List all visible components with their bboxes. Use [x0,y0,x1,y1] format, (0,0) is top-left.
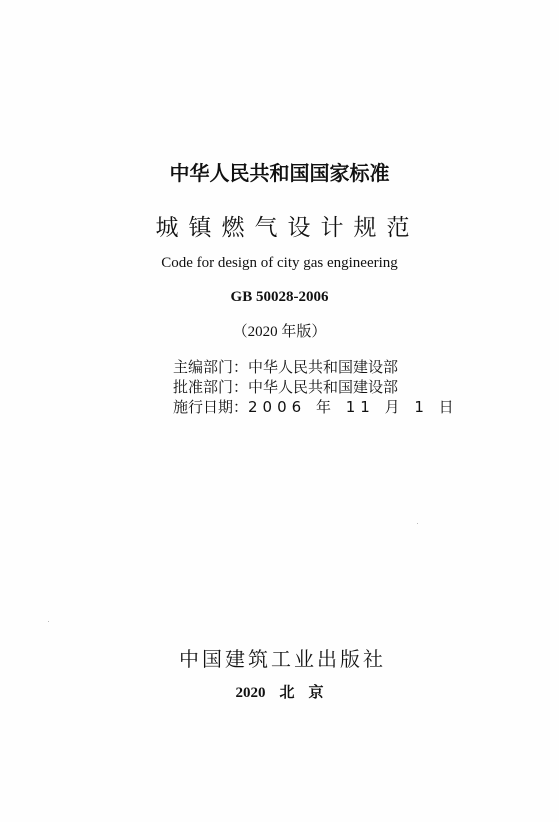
info-value: 中华人民共和国建设部 [248,378,398,396]
info-label: 施行日期： [173,398,248,416]
scan-speck [48,621,49,622]
info-row-effective-date: 施行日期：2006 年 11 月 1 日 [173,397,459,417]
info-row-chief-editor: 主编部门：中华人民共和国建设部 [173,357,459,377]
imprint-city-char-2: 京 [309,685,324,701]
imprint-year: 2020 [235,685,265,701]
edition-label: （2020 年版） [0,320,559,341]
scan-speck [417,523,418,524]
imprint-line: 2020北京 [0,681,559,702]
publication-info: 主编部门：中华人民共和国建设部 批准部门：中华人民共和国建设部 施行日期：200… [173,357,459,417]
document-title-chinese: 城镇燃气设计规范 [0,209,559,242]
info-row-approver: 批准部门：中华人民共和国建设部 [173,377,459,397]
imprint-city-char-1: 北 [279,685,294,701]
standard-series-heading: 中华人民共和国国家标准 [0,157,559,186]
document-title-english: Code for design of city gas engineering [0,255,559,272]
info-label: 批准部门： [173,378,248,396]
info-label: 主编部门： [173,358,248,376]
info-value: 2006 年 11 月 1 日 [248,398,459,416]
title-page: 中华人民共和国国家标准 城镇燃气设计规范 Code for design of … [0,0,559,822]
publisher-name: 中国建筑工业出版社 [0,643,559,672]
standard-code: GB 50028-2006 [0,289,559,306]
info-value: 中华人民共和国建设部 [248,358,398,376]
